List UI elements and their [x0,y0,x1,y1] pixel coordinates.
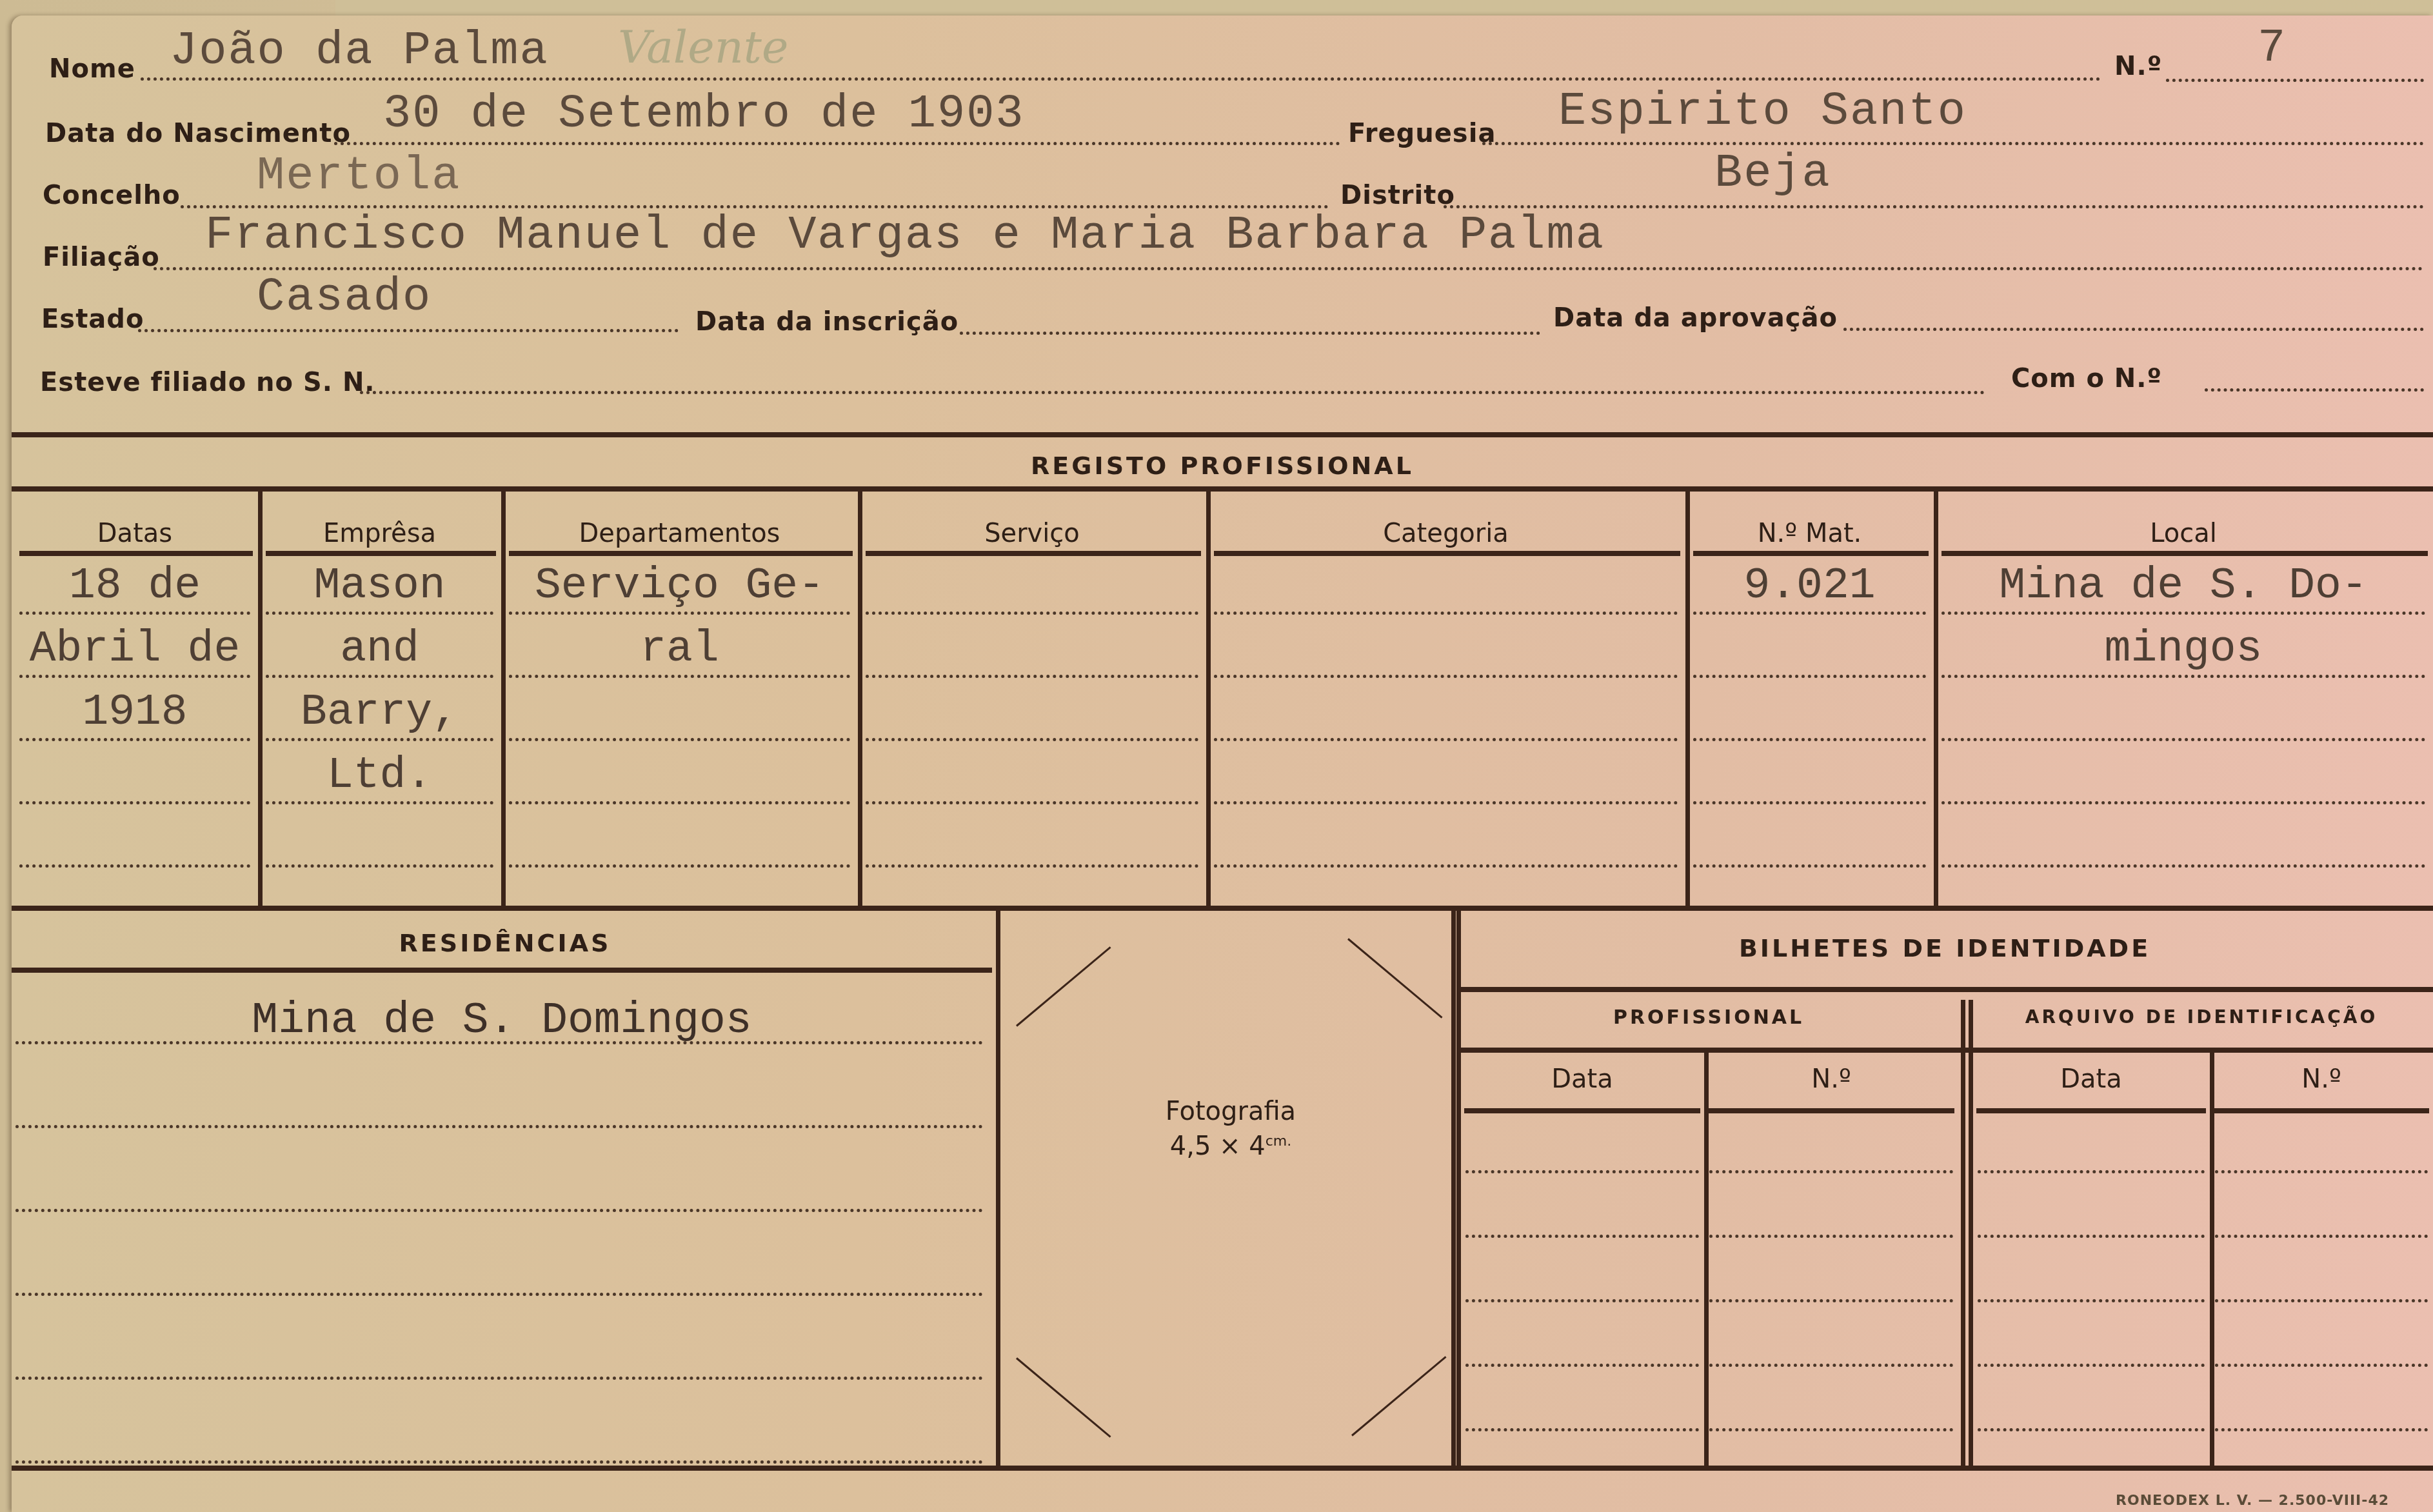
residencia-line [15,1125,983,1128]
bilhetes-row-line [1709,1364,1953,1367]
registo-row-line [509,675,850,678]
concelho-value: Mertola [257,150,461,203]
bilhetes-column-divider [1704,1053,1709,1466]
nome-value: João da Palma [170,25,549,77]
printer-footer: RONEODEX L. V. — 2.500-VIII-42 [2116,1493,2389,1509]
registo-row-line [866,738,1198,741]
fotografia-size-unit: cm. [1266,1133,1292,1149]
residencia-line [15,1209,983,1212]
registo-row-line [1214,675,1678,678]
registo-column-header: Departamentos [501,519,858,548]
registo-column-header: Emprêsa [258,519,501,548]
data-nascimento-line [334,142,1340,145]
residencia-line [15,1041,983,1044]
photo-corner-bottom-right [1351,1356,1446,1436]
bilhetes-row-line [1978,1170,2205,1173]
registo-cell: mingos [1934,624,2433,674]
numero-line [2166,79,2424,82]
registo-row-line [266,612,493,615]
registo-profissional-title: REGISTO PROFISSIONAL [12,452,2433,480]
freguesia-label: Freguesia [1348,119,1496,148]
com-o-numero-label: Com o N.º [2011,364,2162,393]
bilhetes-row-line [1465,1428,1699,1431]
registo-column-divider [1685,492,1690,906]
registo-header-underline [1693,551,1929,556]
registo-cell: and [258,624,501,674]
registo-header-underline [1214,551,1680,556]
registo-row-line [266,864,493,868]
registo-column-divider [858,492,862,906]
registo-row-line [1941,675,2425,678]
estado-value: Casado [257,271,432,324]
registo-row-line [1693,612,1926,615]
data-nascimento-value: 30 de Setembro de 1903 [383,88,1025,141]
bilhetes-arquivo-title: ARQUIVO DE IDENTIFICAÇÃO [1970,1006,2433,1028]
registo-column-header: Local [1934,519,2433,548]
residencia-line [15,1293,983,1296]
bilhetes-group-divider-a [1961,1000,1965,1466]
bilhetes-row-line [2215,1428,2428,1431]
photo-corner-bottom-left [1016,1357,1111,1437]
numero-value: 7 [2258,22,2287,75]
registo-cell: 18 de [12,561,258,611]
concelho-label: Concelho [43,181,181,210]
registo-row-line [509,801,850,804]
bilhetes-column-header: N.º [2210,1064,2433,1094]
bilhetes-header-line [1460,987,2433,992]
registo-row-line [19,675,250,678]
registo-cell: Ltd. [258,751,501,801]
bilhetes-header-underline [1708,1108,1954,1113]
bilhetes-header-underline [1976,1108,2206,1113]
registo-row-line [509,738,850,741]
registo-row-line [1214,612,1678,615]
bilhetes-row-line [1978,1299,2205,1302]
registo-row-line [1214,738,1678,741]
registo-row-line [1941,612,2425,615]
distrito-label: Distrito [1340,181,1455,210]
registo-cell: 1918 [12,688,258,737]
registo-row-line [1693,864,1926,868]
bilhetes-row-line [1709,1299,1953,1302]
registo-cell: Barry, [258,688,501,737]
registo-cell: Mason [258,561,501,611]
filiacao-value: Francisco Manuel de Vargas e Maria Barba… [205,209,1605,262]
data-inscricao-label: Data da inscrição [695,307,958,337]
bilhetes-title: BILHETES DE IDENTIDADE [1456,934,2433,962]
registo-cell: 9.021 [1685,561,1934,611]
freguesia-value: Espirito Santo [1558,85,1967,138]
registo-column-header: Categoria [1206,519,1685,548]
registo-bottom-line [12,906,2433,911]
registo-row-line [866,801,1198,804]
bilhetes-row-line [1978,1235,2205,1238]
registo-row-line [509,612,850,615]
registo-row-line [1693,801,1926,804]
registo-column-divider [1206,492,1211,906]
data-inscricao-line [960,332,1540,335]
registo-cell: Abril de [12,624,258,674]
bilhetes-row-line [2215,1170,2428,1173]
card-bottom-line [12,1466,2433,1471]
fotografia-label: Fotografia [1005,1097,1456,1126]
photo-right-border [1451,910,1456,1466]
registo-column-header: Serviço [858,519,1206,548]
registo-header-underline [509,551,853,556]
photo-corner-top-right [1347,938,1442,1018]
bilhetes-row-line [1465,1170,1699,1173]
numero-label: N.º [2114,52,2162,81]
esteve-filiado-label: Esteve filiado no S. N. [40,368,375,397]
com-o-numero-line [2205,388,2424,392]
registration-card: Nome João da Palma Valente N.º 7 Data do… [12,15,2433,1512]
registo-row-line [1693,675,1926,678]
registo-header-top-line [12,486,2433,492]
bilhetes-row-line [1709,1235,1953,1238]
bilhetes-row-line [1978,1364,2205,1367]
registo-row-line [866,612,1198,615]
registo-row-line [266,675,493,678]
residencias-header-line [12,968,992,973]
registo-row-line [19,612,250,615]
bilhetes-row-line [1709,1170,1953,1173]
residencia-line [15,1460,983,1464]
bilhetes-column-header: N.º [1704,1064,1958,1094]
distrito-value: Beja [1714,147,1831,200]
registo-header-underline [266,551,496,556]
residencia-line [15,1377,983,1380]
bilhetes-left-border [1456,910,1461,1466]
registo-row-line [1214,801,1678,804]
data-aprovacao-line [1843,328,2424,331]
bilhetes-row-line [1465,1299,1699,1302]
bilhetes-row-line [1709,1428,1953,1431]
registo-row-line [509,864,850,868]
bilhetes-column-header: Data [1972,1064,2210,1094]
estado-line [138,329,679,332]
fotografia-size: 4,5 × 4cm. [1005,1131,1456,1161]
registo-column-header: N.º Mat. [1685,519,1934,548]
bilhetes-header-underline [1464,1108,1700,1113]
bilhetes-row-line [2215,1364,2428,1367]
photo-left-border [996,910,1000,1466]
concelho-line [181,205,1329,208]
residencia-entry: Mina de S. Domingos [12,996,992,1046]
registo-row-line [19,801,250,804]
registo-row-line [866,864,1198,868]
data-nascimento-label: Data do Nascimento [45,119,351,148]
fotografia-size-value: 4,5 × 4 [1170,1131,1266,1161]
bilhetes-row-line [2215,1299,2428,1302]
section-divider [12,432,2433,437]
registo-cell: Mina de S. Do- [1934,561,2433,611]
bilhetes-column-divider [2210,1053,2214,1466]
bilhetes-row-line [1978,1428,2205,1431]
registo-row-line [266,801,493,804]
nome-pencil-annotation: Valente [618,21,788,74]
registo-cell: ral [501,624,858,674]
registo-cell: Serviço Ge- [501,561,858,611]
photo-corner-top-left [1016,946,1111,1026]
registo-row-line [1941,864,2425,868]
bilhetes-row-line [1465,1364,1699,1367]
bilhetes-column-header: Data [1460,1064,1704,1094]
registo-row-line [1941,738,2425,741]
registo-row-line [866,675,1198,678]
registo-row-line [19,864,250,868]
residencias-title: RESIDÊNCIAS [12,929,998,957]
registo-header-underline [1941,551,2428,556]
registo-row-line [19,738,250,741]
registo-header-underline [19,551,253,556]
freguesia-line [1482,142,2424,145]
bilhetes-row-line [2215,1235,2428,1238]
bilhetes-profissional-title: PROFISSIONAL [1460,1006,1957,1029]
registo-column-divider [501,492,506,906]
registo-column-header: Datas [12,519,258,548]
registo-row-line [1214,864,1678,868]
registo-row-line [1693,738,1926,741]
nome-label: Nome [49,54,135,84]
nome-line [141,77,2101,81]
data-aprovacao-label: Data da aprovação [1553,303,1838,333]
bilhetes-row-line [1465,1235,1699,1238]
esteve-filiado-line [360,391,1985,394]
registo-column-divider [1934,492,1938,906]
registo-header-underline [866,551,1201,556]
filiacao-line [154,267,2424,270]
distrito-line [1444,205,2424,208]
bilhetes-header-underline [2214,1108,2429,1113]
filiacao-label: Filiação [43,243,160,272]
estado-label: Estado [41,304,144,334]
registo-row-line [266,738,493,741]
registo-row-line [1941,801,2425,804]
bilhetes-sub-line [1460,1048,2433,1053]
